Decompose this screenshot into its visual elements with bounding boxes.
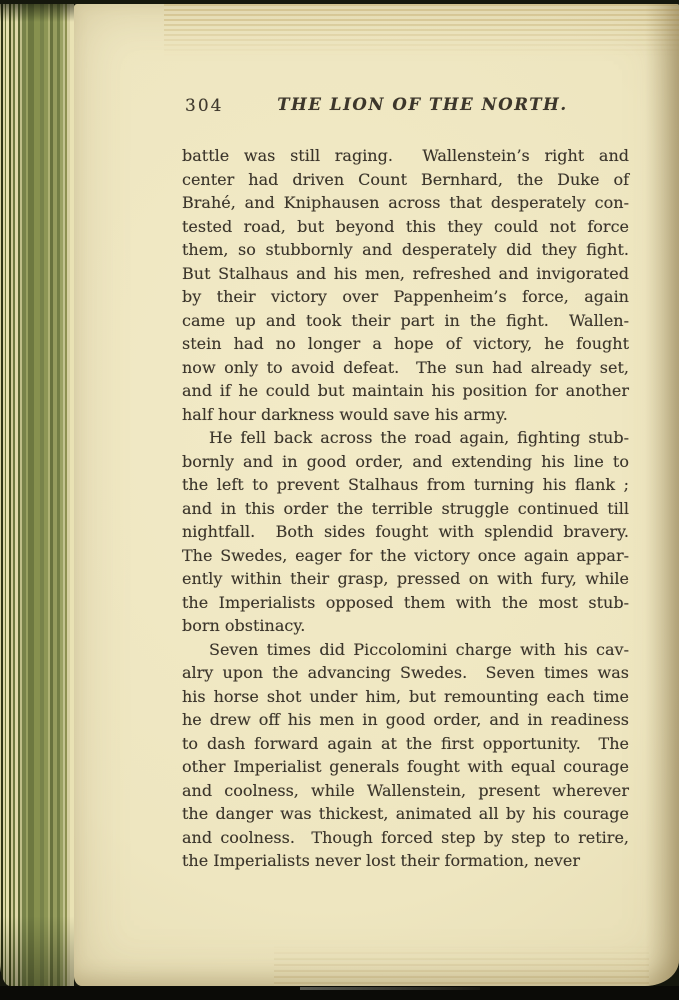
text-line: bornly and in good order, and extending … (182, 450, 629, 474)
text-line: stein had no longer a hope of victory, h… (182, 332, 629, 356)
text-line: alry upon the advancing Swedes. Seven ti… (182, 661, 629, 685)
text-line: The Swedes, eager for the victory once a… (182, 544, 629, 568)
text-line: the Imperialists opposed them with the m… (182, 591, 629, 615)
running-header: THE LION OF THE NORTH. (182, 95, 629, 114)
text-line: Seven times did Piccolomini charge with … (182, 638, 629, 662)
text-line: came up and took their part in the fight… (182, 309, 629, 333)
page-header: 304 THE LION OF THE NORTH. (182, 94, 629, 118)
text-line: But Stalhaus and his men, refreshed and … (182, 262, 629, 286)
text-line: and coolness. Though forced step by step… (182, 826, 629, 850)
text-line: the left to prevent Stalhaus from turnin… (182, 473, 629, 497)
text-line: now only to avoid defeat. The sun had al… (182, 356, 629, 380)
book-scan: 304 THE LION OF THE NORTH. battle was st… (0, 0, 679, 1000)
page-body: battle was still raging. Wallenstein’s r… (182, 144, 629, 873)
paragraph: battle was still raging. Wallenstein’s r… (182, 144, 629, 426)
text-line: half hour darkness would save his army. (182, 403, 629, 427)
page-content: 304 THE LION OF THE NORTH. battle was st… (182, 94, 629, 873)
top-page-edges (164, 4, 679, 56)
paragraph: He fell back across the road again, figh… (182, 426, 629, 638)
text-line: born obstinacy. (182, 614, 629, 638)
text-line: ently within their grasp, pressed on wit… (182, 567, 629, 591)
text-line: He fell back across the road again, figh… (182, 426, 629, 450)
text-line: other Imperialist generals fought with e… (182, 755, 629, 779)
text-line: and coolness, while Wallenstein, present… (182, 779, 629, 803)
text-line: and in this order the terrible struggle … (182, 497, 629, 521)
text-line: the Imperialists never lost their format… (182, 849, 629, 873)
paragraph: Seven times did Piccolomini charge with … (182, 638, 629, 873)
text-line: Brahé, and Kniphausen across that desper… (182, 191, 629, 215)
text-line: center had driven Count Bernhard, the Du… (182, 168, 629, 192)
text-line: battle was still raging. Wallenstein’s r… (182, 144, 629, 168)
scan-bottom-edge (0, 986, 679, 1000)
text-line: nightfall. Both sides fought with splend… (182, 520, 629, 544)
text-line: to dash forward again at the first oppor… (182, 732, 629, 756)
bottom-edge-glint (300, 987, 480, 990)
text-line: tested road, but beyond this they could … (182, 215, 629, 239)
page-right-shadow (645, 4, 679, 986)
text-line: his horse shot under him, but remounting… (182, 685, 629, 709)
text-line: by their victory over Pappenheim’s force… (182, 285, 629, 309)
text-line: them, so stubbornly and desperately did … (182, 238, 629, 262)
text-line: and if he could but maintain his positio… (182, 379, 629, 403)
book-page: 304 THE LION OF THE NORTH. battle was st… (74, 4, 679, 986)
bottom-page-edges (274, 946, 649, 986)
text-line: the danger was thickest, animated all by… (182, 802, 629, 826)
text-line: he drew off his men in good order, and i… (182, 708, 629, 732)
book-page-edges (0, 4, 74, 986)
